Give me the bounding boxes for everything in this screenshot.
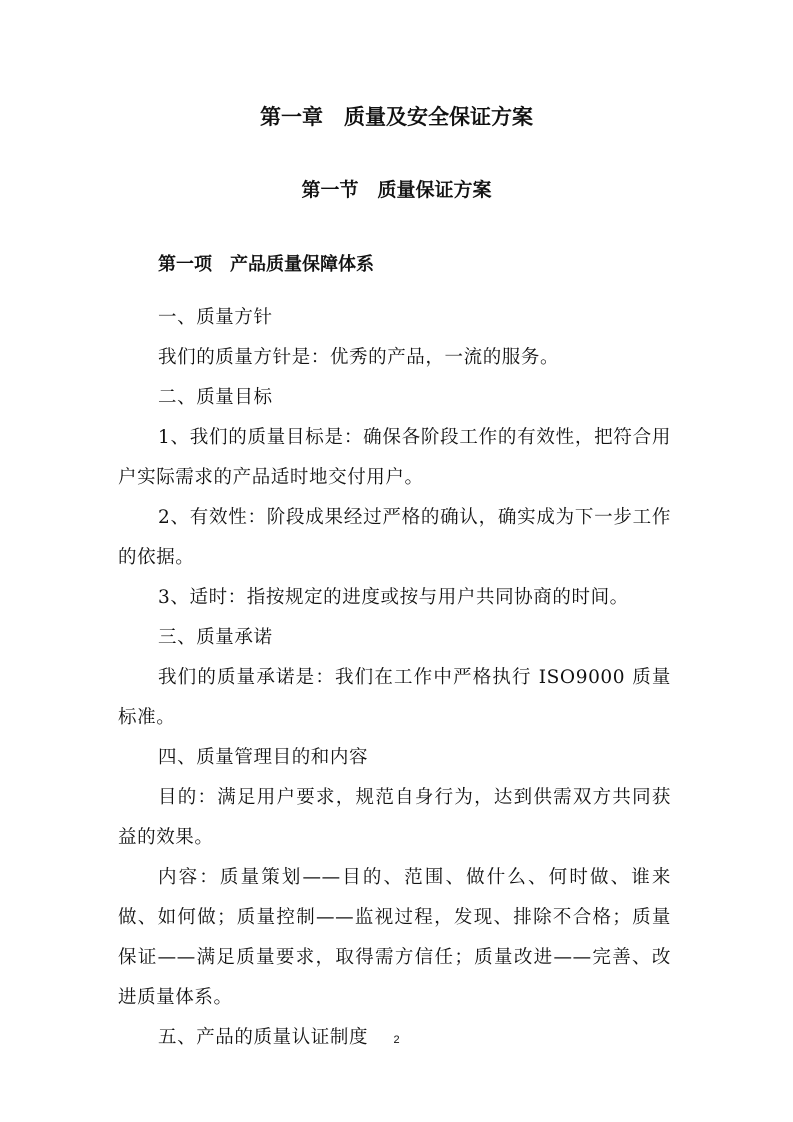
document-body: 一、质量方针 我们的质量方针是：优秀的产品，一流的服务。 二、质量目标 1、我们… [118, 298, 671, 1058]
paragraph: 目的：满足用户要求，规范自身行为，达到供需双方共同获益的效果。 [118, 778, 671, 858]
heading-quality-goals: 二、质量目标 [118, 378, 671, 418]
document-page: 第一章 质量及安全保证方案 第一节 质量保证方案 第一项 产品质量保障体系 一、… [0, 0, 793, 1122]
paragraph: 内容：质量策划——目的、范围、做什么、何时做、谁来做、如何做；质量控制——监视过… [118, 858, 671, 1018]
section-title: 第一节 质量保证方案 [0, 175, 793, 205]
paragraph: 我们的质量方针是：优秀的产品，一流的服务。 [118, 338, 671, 378]
paragraph: 3、适时：指按规定的进度或按与用户共同协商的时间。 [118, 578, 671, 618]
chapter-title: 第一章 质量及安全保证方案 [0, 102, 793, 132]
heading-quality-commitment: 三、质量承诺 [118, 618, 671, 658]
paragraph: 2、有效性：阶段成果经过严格的确认，确实成为下一步工作的依据。 [118, 498, 671, 578]
heading-quality-management: 四、质量管理目的和内容 [118, 738, 671, 778]
paragraph: 1、我们的质量目标是：确保各阶段工作的有效性，把符合用户实际需求的产品适时地交付… [118, 418, 671, 498]
item-title: 第一项 产品质量保障体系 [158, 250, 374, 280]
page-number: 2 [0, 1034, 793, 1046]
paragraph: 我们的质量承诺是：我们在工作中严格执行 ISO9000 质量标准。 [118, 658, 671, 738]
heading-quality-policy: 一、质量方针 [118, 298, 671, 338]
